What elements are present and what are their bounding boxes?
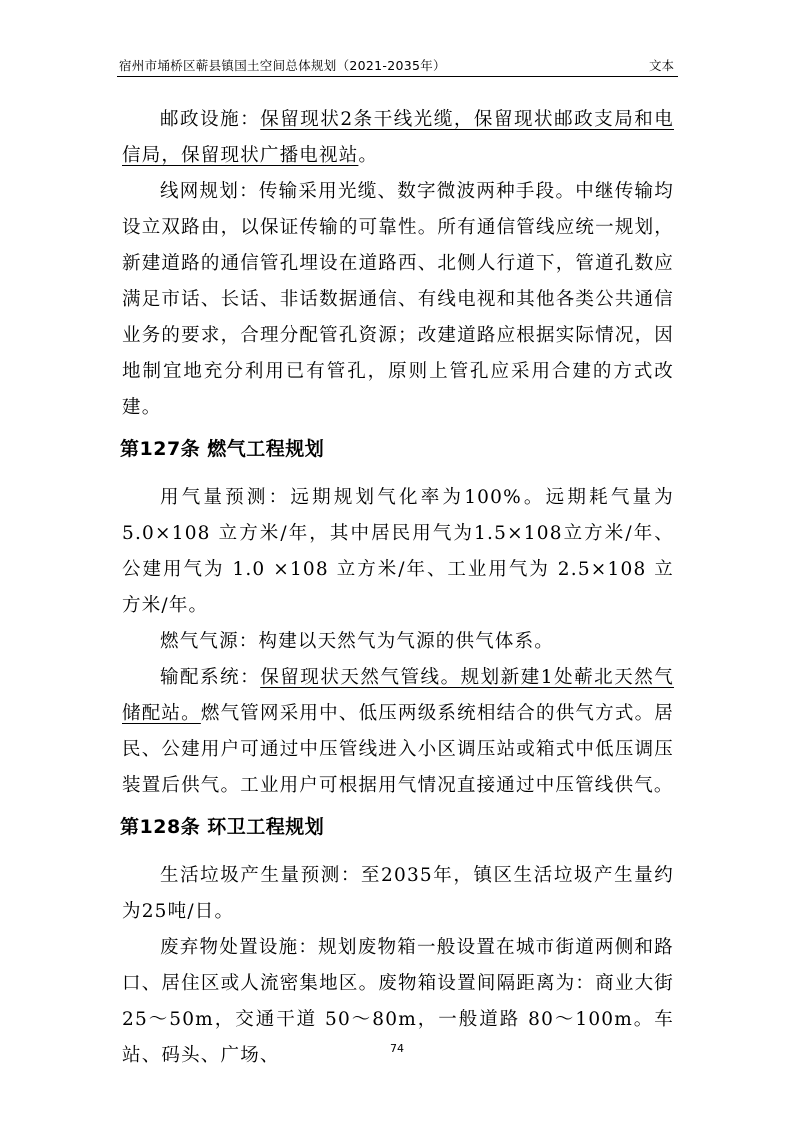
- distribution-rest: 燃气管网采用中、低压两级系统相结合的供气方式。居民、公建用户可通过中压管线进入小…: [122, 703, 674, 796]
- paragraph-network: 线网规划：传输采用光缆、数字微波两种手段。中继传输均设立双路由，以保证传输的可靠…: [122, 174, 674, 426]
- heading-article-128: 第128条 环卫工程规划: [120, 816, 674, 838]
- distribution-label: 输配系统：: [160, 667, 260, 688]
- postal-tail: 。: [358, 145, 378, 166]
- paragraph-gas-distribution: 输配系统：保留现状天然气管线。规划新建1处蕲北天然气储配站。燃气管网采用中、低压…: [122, 660, 674, 804]
- paragraph-postal: 邮政设施：保留现状2条干线光缆，保留现状邮政支局和电信局，保留现状广播电视站。: [122, 102, 674, 174]
- paragraph-garbage-forecast: 生活垃圾产生量预测：至2035年，镇区生活垃圾产生量约为25吨/日。: [122, 858, 674, 930]
- postal-label: 邮政设施：: [160, 109, 260, 130]
- document-title: 宿州市埇桥区蕲县镇国土空间总体规划（2021-2035年）: [119, 56, 446, 74]
- document-type-tag: 文本: [649, 56, 674, 74]
- page-header: 宿州市埇桥区蕲县镇国土空间总体规划（2021-2035年） 文本: [117, 50, 678, 77]
- paragraph-gas-source: 燃气气源：构建以天然气为气源的供气体系。: [122, 624, 674, 660]
- heading-article-127: 第127条 燃气工程规划: [120, 438, 674, 460]
- page-number: 74: [0, 1042, 794, 1055]
- paragraph-gas-demand: 用气量预测：远期规划气化率为100%。远期耗气量为 5.0×108 立方米/年，…: [122, 480, 674, 624]
- page-content: 邮政设施：保留现状2条干线光缆，保留现状邮政支局和电信局，保留现状广播电视站。 …: [122, 102, 674, 1074]
